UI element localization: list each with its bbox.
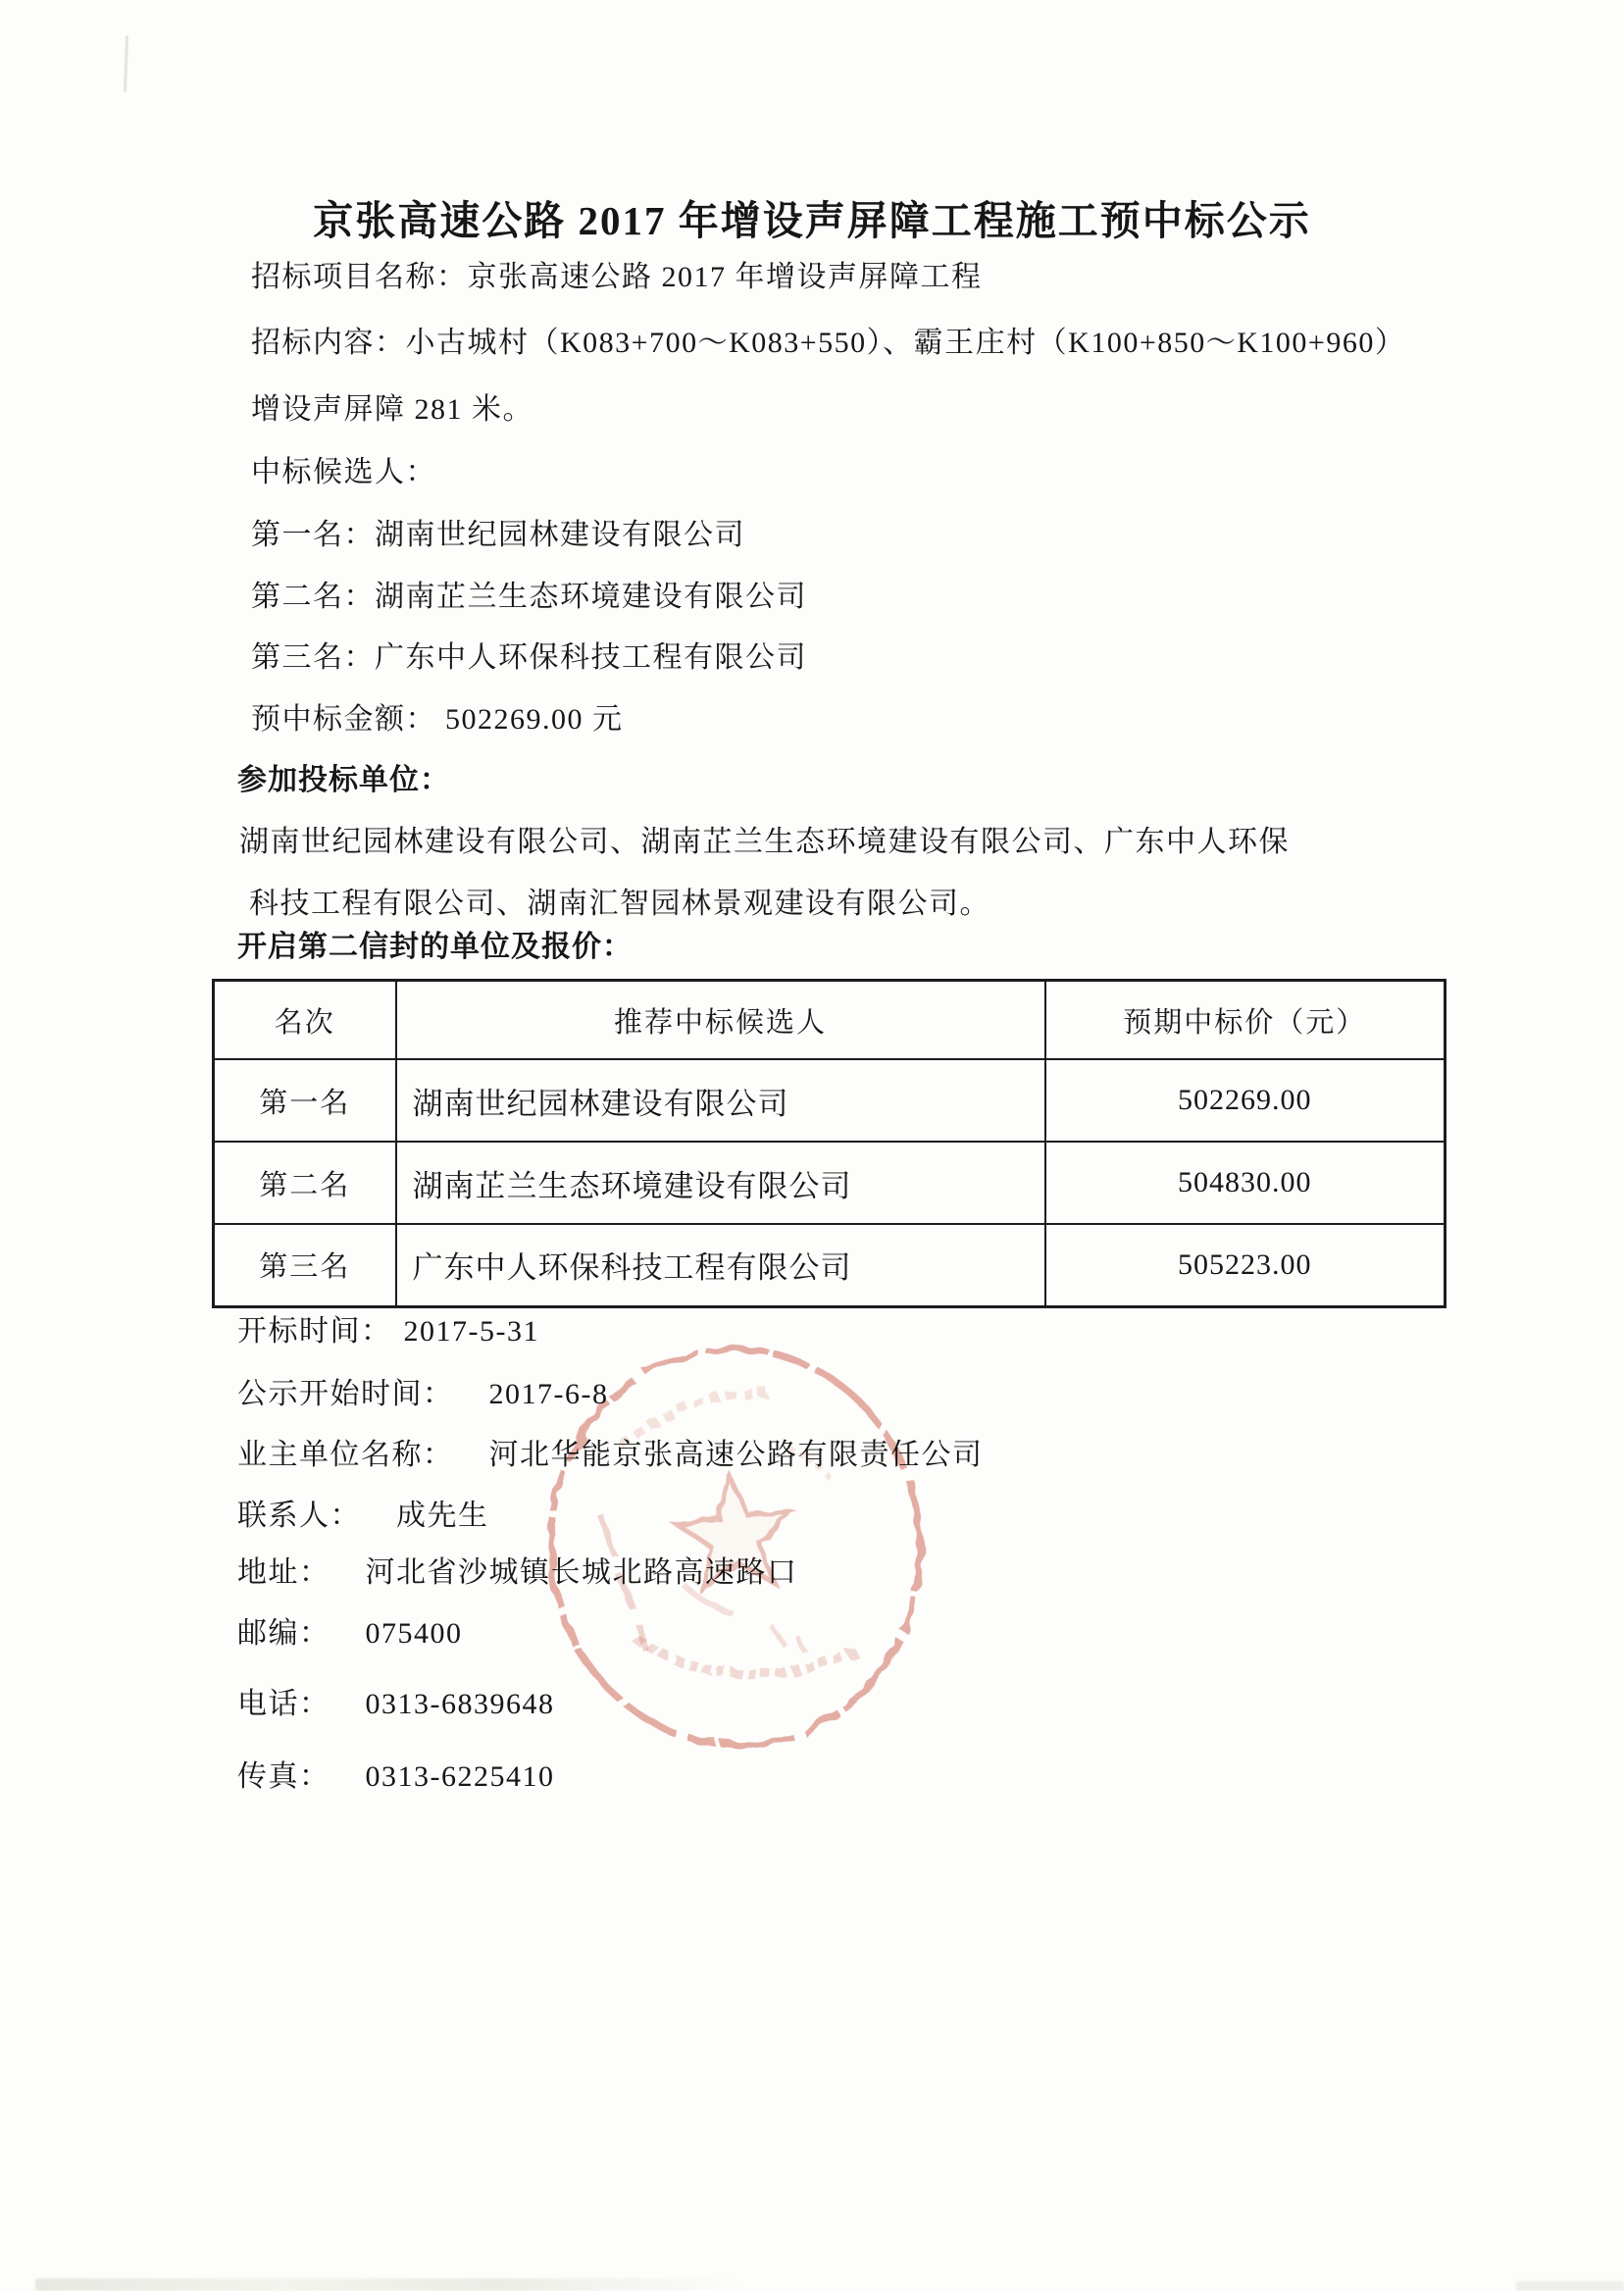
col-header-rank: 名次 [214,981,396,1060]
publicity-time-label: 公示开始时间： [237,1378,454,1410]
phone-label: 电话： [237,1688,330,1720]
scan-artifact-top-left [124,35,128,92]
fax-value: 0313-6225410 [366,1760,555,1793]
candidate-third: 第三名：广东中人环保科技工程有限公司 [251,640,807,676]
publicity-time-line: 公示开始时间：2017-6-8 [237,1369,608,1412]
contact-line: 联系人：成先生 [237,1491,489,1534]
table-header-row: 名次 推荐中标候选人 预期中标价（元） [214,981,1446,1060]
table-row: 第三名 广东中人环保科技工程有限公司 505223.00 [214,1224,1446,1306]
owner-value: 河北华能京张高速公路有限责任公司 [489,1439,984,1471]
fax-label: 传真： [237,1760,330,1793]
price-cell: 505223.00 [1045,1224,1446,1306]
rank-cell: 第三名 [214,1224,396,1306]
tender-scope-line-2: 增设声屏障 281 米。 [251,392,533,428]
candidate-cell: 广东中人环保科技工程有限公司 [396,1224,1045,1306]
zip-label: 邮编： [237,1617,330,1650]
rank-cell: 第一名 [214,1059,396,1142]
bidders-line-1: 湖南世纪园林建设有限公司、湖南芷兰生态环境建设有限公司、广东中人环保 [239,825,1290,860]
tender-scope-line-1: 招标内容：小古城村（K083+700～K083+550）、霸王庄村（K100+8… [251,326,1405,361]
col-header-candidate: 推荐中标候选人 [396,981,1045,1060]
col-header-price: 预期中标价（元） [1045,981,1446,1060]
candidate-first: 第一名：湖南世纪园林建设有限公司 [251,518,745,553]
address-value: 河北省沙城镇长城北路高速路口 [366,1556,798,1589]
rank-cell: 第二名 [214,1142,396,1224]
contact-value: 成先生 [396,1500,489,1532]
fax-line: 传真：0313-6225410 [237,1752,555,1795]
price-cell: 504830.00 [1045,1142,1446,1224]
candidate-cell: 湖南芷兰生态环境建设有限公司 [396,1142,1045,1224]
table-row: 第二名 湖南芷兰生态环境建设有限公司 504830.00 [214,1142,1446,1224]
zip-value: 075400 [366,1617,463,1650]
address-label: 地址： [237,1556,330,1589]
candidate-cell: 湖南世纪园林建设有限公司 [396,1059,1045,1142]
contact-label: 联系人： [237,1500,361,1532]
phone-line: 电话：0313-6839648 [237,1679,555,1722]
price-cell: 502269.00 [1045,1059,1446,1142]
pre-award-amount: 预中标金额： 502269.00 元 [251,702,624,738]
phone-value: 0313-6839648 [366,1688,555,1720]
page-title: 京张高速公路 2017 年增设声屏障工程施工预中标公示 [0,188,1624,246]
bidders-heading: 参加投标单位： [237,763,450,798]
publicity-time-value: 2017-6-8 [489,1378,609,1410]
project-name-line: 招标项目名称：京张高速公路 2017 年增设声屏障工程 [251,260,983,295]
owner-label: 业主单位名称： [237,1439,454,1471]
open-time-label: 开标时间： [237,1315,392,1348]
open-time-value: 2017-5-31 [404,1315,539,1348]
zip-line: 邮编：075400 [237,1608,463,1652]
table-row: 第一名 湖南世纪园林建设有限公司 502269.00 [214,1059,1446,1142]
bidders-line-2: 科技工程有限公司、湖南汇智园林景观建设有限公司。 [249,887,990,922]
candidate-second: 第二名：湖南芷兰生态环境建设有限公司 [251,580,807,615]
quotes-table: 名次 推荐中标候选人 预期中标价（元） 第一名 湖南世纪园林建设有限公司 502… [212,979,1446,1308]
open-time-line: 开标时间：2017-5-31 [237,1306,539,1349]
owner-line: 业主单位名称：河北华能京张高速公路有限责任公司 [237,1430,984,1473]
scan-artifact-bottom-right [1516,2281,1624,2291]
address-line: 地址：河北省沙城镇长城北路高速路口 [237,1548,798,1591]
scan-artifact-bottom-left [35,2278,741,2291]
candidates-label: 中标候选人： [251,455,436,490]
quotes-heading: 开启第二信封的单位及报价： [237,930,633,965]
document-page: 京张高速公路 2017 年增设声屏障工程施工预中标公示 招标项目名称：京张高速公… [0,0,1624,2291]
